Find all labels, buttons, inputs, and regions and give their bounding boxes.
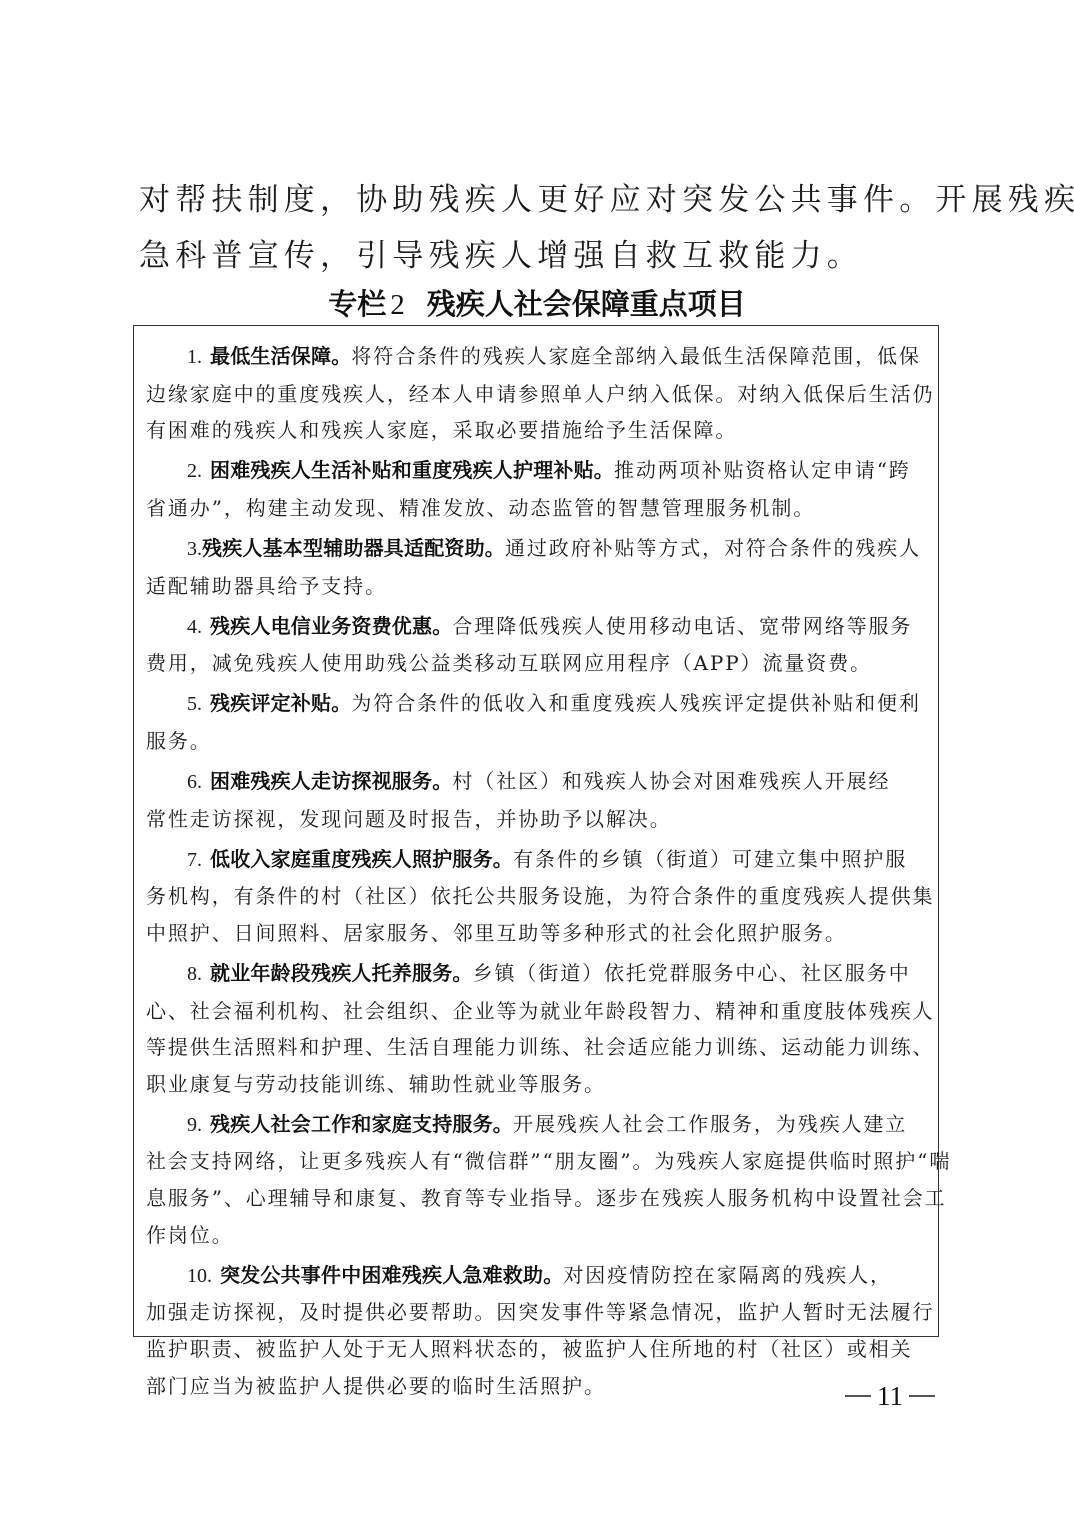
box-title-text: 残疾人社会保障重点项目 [427,287,746,321]
item-heading: 就业年龄段残疾人托养服务。 [210,961,473,985]
item-line: 适配辅助器具给予支持。 [146,568,932,605]
item-first-line: 4.残疾人电信业务资费优惠。合理降低残疾人使用移动电话、宽带网络等服务 [146,608,932,646]
box-items-list: 1.最低生活保障。将符合条件的残疾人家庭全部纳入最低生活保障范围，低保 边缘家庭… [146,338,932,1408]
item-heading: 低收入家庭重度残疾人照护服务。 [210,847,513,871]
item-line: 社会支持网络，让更多残疾人有“微信群”“朋友圈”。为残疾人家庭提供临时照护“喘 [146,1143,932,1180]
item-line: 常性走访探视，发现问题及时报告，并协助予以解决。 [146,801,932,838]
item-line: 务机构，有条件的村（社区）依托公共服务设施，为符合条件的重度残疾人提供集 [146,878,932,915]
list-item: 9.残疾人社会工作和家庭支持服务。开展残疾人社会工作服务，为残疾人建立 社会支持… [146,1106,932,1253]
box-title-prefix: 专栏 [328,287,386,321]
list-item: 7.低收入家庭重度残疾人照护服务。有条件的乡镇（街道）可建立集中照护服 务机构，… [146,841,932,952]
item-first-line: 3.残疾人基本型辅助器具适配资助。通过政府补贴等方式，对符合条件的残疾人 [146,530,932,568]
item-heading: 残疾评定补贴。 [210,691,351,715]
list-item: 8.就业年龄段残疾人托养服务。乡镇（街道）依托党群服务中心、社区服务中 心、社会… [146,955,932,1102]
item-text: 有条件的乡镇（街道）可建立集中照护服 [513,847,907,871]
item-text: 通过政府补贴等方式，对符合条件的残疾人 [505,536,921,560]
item-number: 6. [187,771,202,793]
item-first-line: 6.困难残疾人走访探视服务。村（社区）和残疾人协会对困难残疾人开展经 [146,763,932,801]
item-heading: 突发公共事件中困难残疾人急难救助。 [220,1263,563,1287]
intro-paragraph: 对帮扶制度，协助残疾人更好应对突发公共事件。开展残疾人应 急科普宣传，引导残疾人… [139,172,939,284]
item-heading: 残疾人基本型辅助器具适配资助。 [202,536,505,560]
item-line: 有困难的残疾人和残疾人家庭，采取必要措施给予生活保障。 [146,412,932,449]
item-line: 心、社会福利机构、社会组织、企业等为就业年龄段智力、精神和重度肢体残疾人 [146,993,932,1030]
item-first-line: 1.最低生活保障。将符合条件的残疾人家庭全部纳入最低生活保障范围，低保 [146,338,932,376]
item-text: 乡镇（街道）依托党群服务中心、社区服务中 [473,961,911,985]
item-text: 村（社区）和残疾人协会对困难残疾人开展经 [452,769,890,793]
item-heading: 困难残疾人走访探视服务。 [210,769,452,793]
list-item: 2.困难残疾人生活补贴和重度残疾人护理补贴。推动两项补贴资格认定申请“跨 省通办… [146,452,932,526]
item-number: 2. [187,460,202,482]
box-title-number: 2 [390,289,405,321]
intro-line: 急科普宣传，引导残疾人增强自救互救能力。 [139,228,939,284]
item-text: 为符合条件的低收入和重度残疾人残疾评定提供补贴和便利 [351,691,920,715]
page-number-value: 11 [877,1381,903,1412]
item-heading: 残疾人社会工作和家庭支持服务。 [210,1112,513,1136]
list-item: 10.突发公共事件中困难残疾人急难救助。对因疫情防控在家隔离的残疾人， 加强走访… [146,1257,932,1404]
item-number: 8. [187,963,202,985]
item-first-line: 10.突发公共事件中困难残疾人急难救助。对因疫情防控在家隔离的残疾人， [146,1257,932,1295]
item-number: 9. [187,1114,202,1136]
item-line: 费用，减免残疾人使用助残公益类移动互联网应用程序（APP）流量资费。 [146,645,932,682]
page-number-dash-left [845,1395,871,1397]
item-first-line: 7.低收入家庭重度残疾人照护服务。有条件的乡镇（街道）可建立集中照护服 [146,841,932,879]
item-line: 息服务”、心理辅导和康复、教育等专业指导。逐步在残疾人服务机构中设置社会工 [146,1180,932,1217]
item-heading: 最低生活保障。 [210,344,351,368]
document-page: 对帮扶制度，协助残疾人更好应对突发公共事件。开展残疾人应 急科普宣传，引导残疾人… [0,0,1074,1520]
list-item: 6.困难残疾人走访探视服务。村（社区）和残疾人协会对困难残疾人开展经 常性走访探… [146,763,932,837]
item-line: 省通办”，构建主动发现、精准发放、动态监管的智慧管理服务机制。 [146,490,932,527]
item-line: 作岗位。 [146,1217,932,1254]
item-number: 7. [187,849,202,871]
item-line: 边缘家庭中的重度残疾人，经本人申请参照单人户纳入低保。对纳入低保后生活仍 [146,376,932,413]
item-text: 合理降低残疾人使用移动电话、宽带网络等服务 [452,614,912,638]
item-line: 加强走访探视，及时提供必要帮助。因突发事件等紧急情况，监护人暂时无法履行 [146,1294,932,1331]
list-item: 3.残疾人基本型辅助器具适配资助。通过政府补贴等方式，对符合条件的残疾人 适配辅… [146,530,932,604]
list-item: 5.残疾评定补贴。为符合条件的低收入和重度残疾人残疾评定提供补贴和便利 服务。 [146,685,932,759]
item-number: 5. [187,693,202,715]
item-text: 将符合条件的残疾人家庭全部纳入最低生活保障范围，低保 [351,344,920,368]
intro-line: 对帮扶制度，协助残疾人更好应对突发公共事件。开展残疾人应 [139,172,939,228]
list-item: 1.最低生活保障。将符合条件的残疾人家庭全部纳入最低生活保障范围，低保 边缘家庭… [146,338,932,449]
feature-box: 1.最低生活保障。将符合条件的残疾人家庭全部纳入最低生活保障范围，低保 边缘家庭… [133,325,939,1337]
item-text: 推动两项补贴资格认定申请“跨 [614,458,911,482]
item-first-line: 5.残疾评定补贴。为符合条件的低收入和重度残疾人残疾评定提供补贴和便利 [146,685,932,723]
item-line: 中照护、日间照料、居家服务、邻里互助等多种形式的社会化照护服务。 [146,915,932,952]
page-number-dash-right [909,1395,935,1397]
item-number: 4. [187,616,202,638]
item-number: 3. [187,538,202,560]
item-first-line: 8.就业年龄段残疾人托养服务。乡镇（街道）依托党群服务中心、社区服务中 [146,955,932,993]
item-text: 对因疫情防控在家隔离的残疾人， [563,1263,892,1287]
item-line: 部门应当为被监护人提供必要的临时生活照护。 [146,1368,932,1405]
item-heading: 残疾人电信业务资费优惠。 [210,614,452,638]
item-number: 10. [187,1265,212,1287]
item-line: 服务。 [146,723,932,760]
item-line: 职业康复与劳动技能训练、辅助性就业等服务。 [146,1066,932,1103]
page-number: 11 [820,1378,960,1414]
item-text: 开展残疾人社会工作服务，为残疾人建立 [513,1112,907,1136]
item-heading: 困难残疾人生活补贴和重度残疾人护理补贴。 [210,458,614,482]
item-first-line: 2.困难残疾人生活补贴和重度残疾人护理补贴。推动两项补贴资格认定申请“跨 [146,452,932,490]
item-line: 监护职责、被监护人处于无人照料状态的，被监护人住所地的村（社区）或相关 [146,1331,932,1368]
item-first-line: 9.残疾人社会工作和家庭支持服务。开展残疾人社会工作服务，为残疾人建立 [146,1106,932,1144]
item-line: 等提供生活照料和护理、生活自理能力训练、社会适应能力训练、运动能力训练、 [146,1029,932,1066]
item-number: 1. [187,346,202,368]
list-item: 4.残疾人电信业务资费优惠。合理降低残疾人使用移动电话、宽带网络等服务 费用，减… [146,608,932,682]
box-title: 专栏2残疾人社会保障重点项目 [0,282,1074,327]
